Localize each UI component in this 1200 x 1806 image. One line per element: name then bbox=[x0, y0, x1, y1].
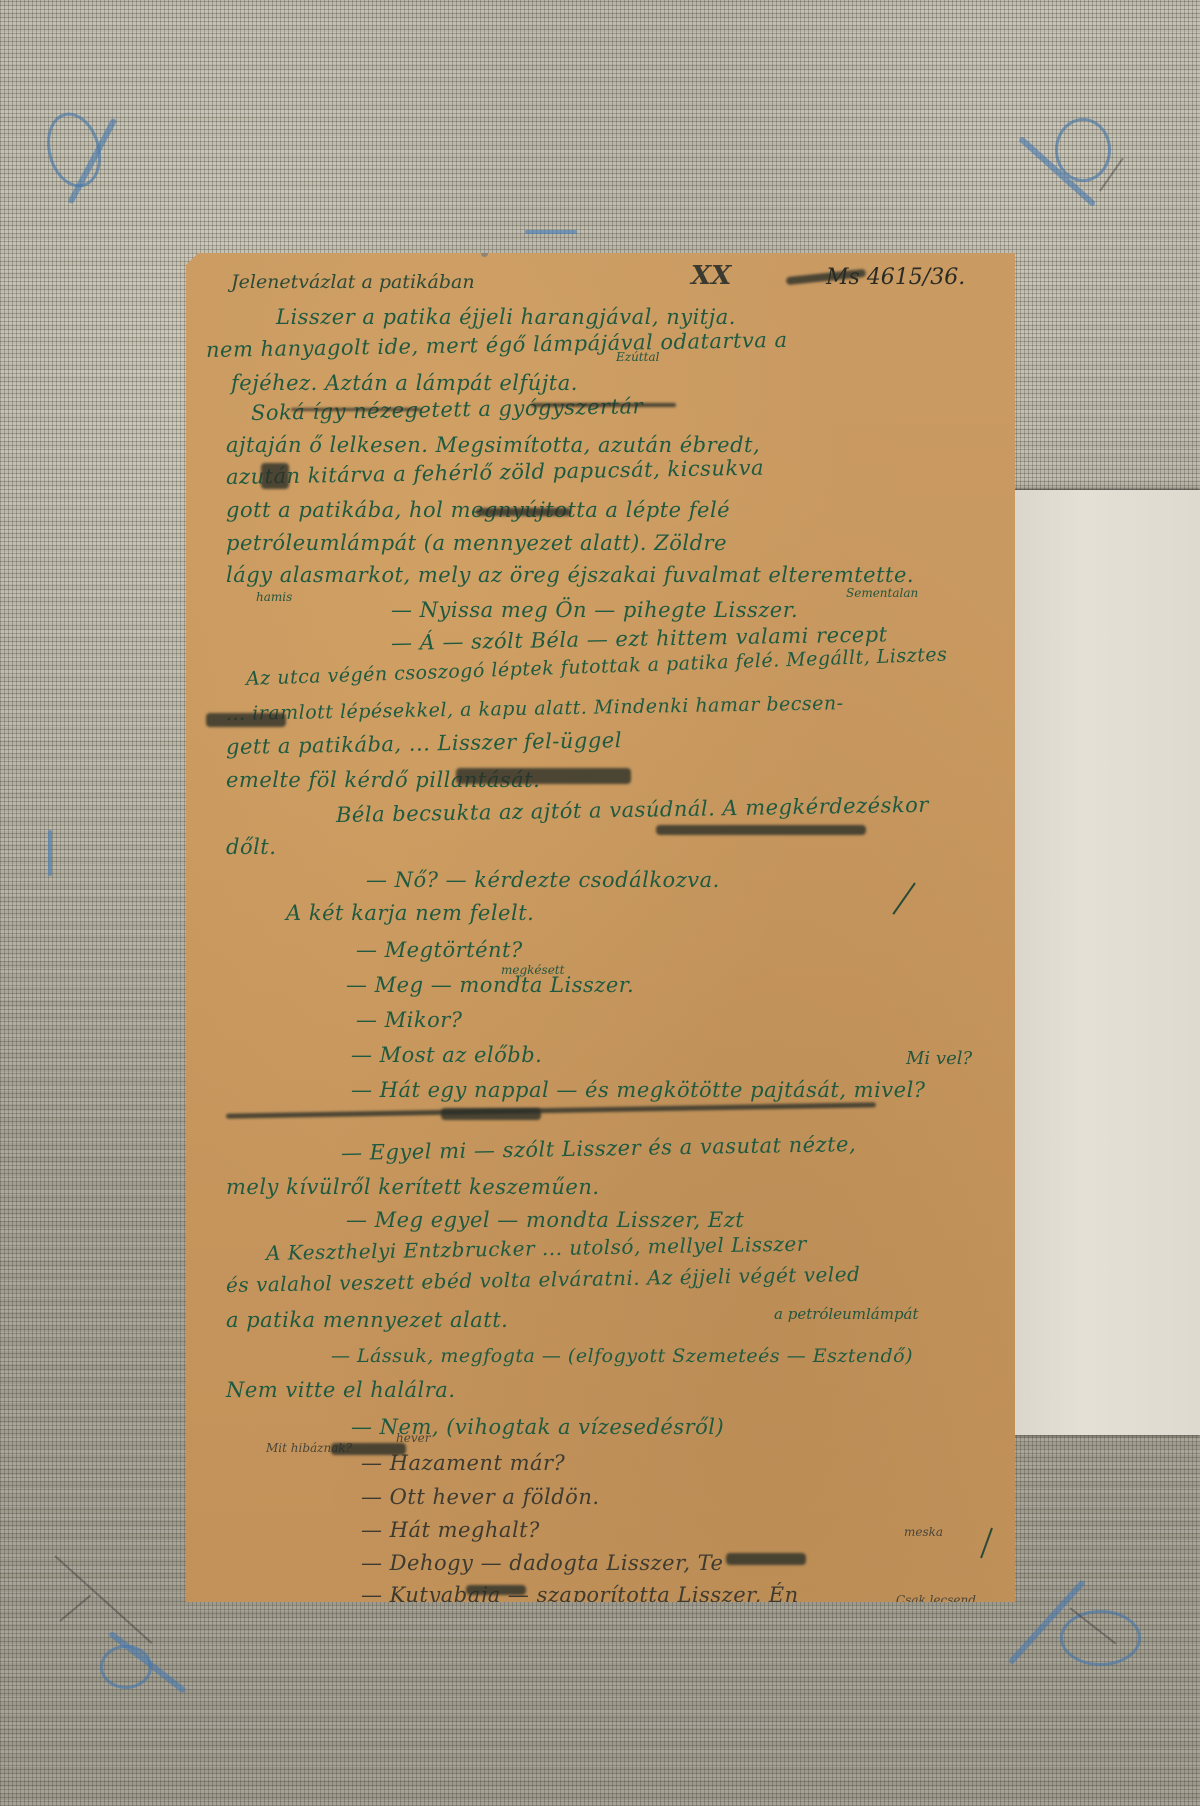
manuscript-line: — Meg egyel — mondta Lisszer, Ezt bbox=[346, 1208, 744, 1232]
strike-through bbox=[441, 1108, 541, 1120]
manuscript-line: fejéhez. Aztán a lámpát elfújta. bbox=[231, 371, 578, 395]
manuscript-line: dőlt. bbox=[226, 835, 276, 859]
margin-note: Csak lecsend bbox=[896, 1593, 976, 1607]
manuscript-line: — Lássuk, megfogta — (elfogyott Szemeteé… bbox=[331, 1345, 913, 1367]
manuscript-line: Lisszer a patika éjjeli harangjával, nyi… bbox=[276, 305, 736, 329]
manuscript-page: Jelenetvázlat a patikában XX Ms 4615/36.… bbox=[186, 253, 1015, 1602]
strike-through bbox=[726, 1553, 806, 1565]
margin-note: megkésett bbox=[501, 963, 564, 977]
manuscript-line: — Most az előbb. bbox=[351, 1043, 542, 1067]
manuscript-line: gett a patikába, ... Lisszer fel-üggel bbox=[226, 728, 622, 759]
strike-through bbox=[656, 825, 866, 835]
margin-note: gondolataim bbox=[931, 1626, 1007, 1640]
manuscript-line: — Hát egy nappal — és megkötötte pajtásá… bbox=[351, 1078, 926, 1102]
manuscript-line: petróleumlámpát (a mennyezet alatt). Zöl… bbox=[226, 531, 727, 555]
strike-through bbox=[291, 408, 421, 411]
margin-note: Ezúttal bbox=[616, 350, 659, 364]
page-heading: Jelenetvázlat a patikában bbox=[231, 271, 475, 293]
manuscript-line: ajtaján ő lelkesen. Megsimította, azután… bbox=[226, 433, 760, 457]
manuscript-line: Nem vitte el halálra. bbox=[226, 1378, 456, 1402]
strike-through bbox=[226, 1102, 876, 1118]
manuscript-line: azután kitárva a fehérlő zöld papucsát, … bbox=[226, 456, 764, 489]
strike-through bbox=[476, 508, 571, 516]
paper-notch bbox=[481, 251, 488, 257]
manuscript-line: mely kívülről kerített keszeműen. bbox=[226, 1175, 600, 1199]
strike-through bbox=[456, 768, 631, 784]
manuscript-line: láttam, hogy fütyült és elindult. bbox=[226, 1618, 578, 1642]
manuscript-line: — Nő? — kérdezte csodálkozva. bbox=[366, 868, 720, 892]
margin-note: Mi vel? bbox=[906, 1048, 972, 1069]
margin-check-mark bbox=[892, 882, 915, 914]
margin-note: Sementalan bbox=[846, 586, 918, 600]
margin-note: hamis bbox=[256, 590, 292, 604]
manuscript-line: — Ott hever a földön. bbox=[361, 1485, 600, 1509]
strike-through bbox=[531, 403, 676, 407]
manuscript-line: — Mikor? bbox=[356, 1008, 463, 1032]
manuscript-line: A két karja nem felelt. bbox=[286, 901, 534, 925]
manuscript-line: Nevettek, de arcát mindhárman elfelejtet… bbox=[296, 1653, 800, 1677]
manuscript-line: ... iramlott lépésekkel, a kapu alatt. M… bbox=[226, 692, 844, 725]
manuscript-line: — Egyel mi — szólt Lisszer és a vasutat … bbox=[341, 1132, 857, 1165]
manuscript-line: — Dehogy — dadogta Lisszer, Te bbox=[361, 1551, 723, 1575]
manuscript-line: nem hanyagolt ide, mert égő lámpájával o… bbox=[206, 328, 788, 362]
manuscript-line: — Kutyabaja — szaporította Lisszer, Én bbox=[361, 1583, 799, 1607]
manuscript-line: és valahol veszett ebéd volta elváratni.… bbox=[226, 1262, 861, 1297]
white-backing-sheet bbox=[1005, 490, 1200, 1435]
manuscript-line: — Megtörtént? bbox=[356, 938, 523, 962]
strike-through bbox=[466, 1585, 526, 1595]
chapter-mark: XX bbox=[691, 261, 731, 291]
manuscript-line: — Hát meghalt? bbox=[361, 1518, 540, 1542]
strike-through bbox=[331, 1443, 406, 1455]
blue-pencil-dash-top bbox=[525, 230, 577, 234]
blue-pencil-dash-left bbox=[48, 830, 52, 876]
strike-through bbox=[261, 463, 289, 489]
manuscript-line: lágy alasmarkot, mely az öreg éjszakai f… bbox=[226, 563, 914, 587]
margin-check-mark bbox=[980, 1528, 993, 1559]
strike-through bbox=[206, 713, 286, 727]
manuscript-line: — Nyissa meg Ön — pihegte Lisszer. bbox=[391, 598, 798, 622]
margin-note: a petróleumlámpát bbox=[774, 1305, 919, 1323]
margin-note: meska bbox=[904, 1525, 943, 1539]
manuscript-line: A Keszthelyi Entzbrucker ... utolsó, mel… bbox=[266, 1232, 807, 1265]
manuscript-line: a patika mennyezet alatt. bbox=[226, 1308, 508, 1332]
margin-note: a halál ... bbox=[821, 1643, 877, 1657]
manuscript-line: — Meg — mondta Lisszer. bbox=[346, 973, 634, 997]
manuscript-line: Béla becsukta az ajtót a vasúdnál. A meg… bbox=[336, 793, 929, 827]
